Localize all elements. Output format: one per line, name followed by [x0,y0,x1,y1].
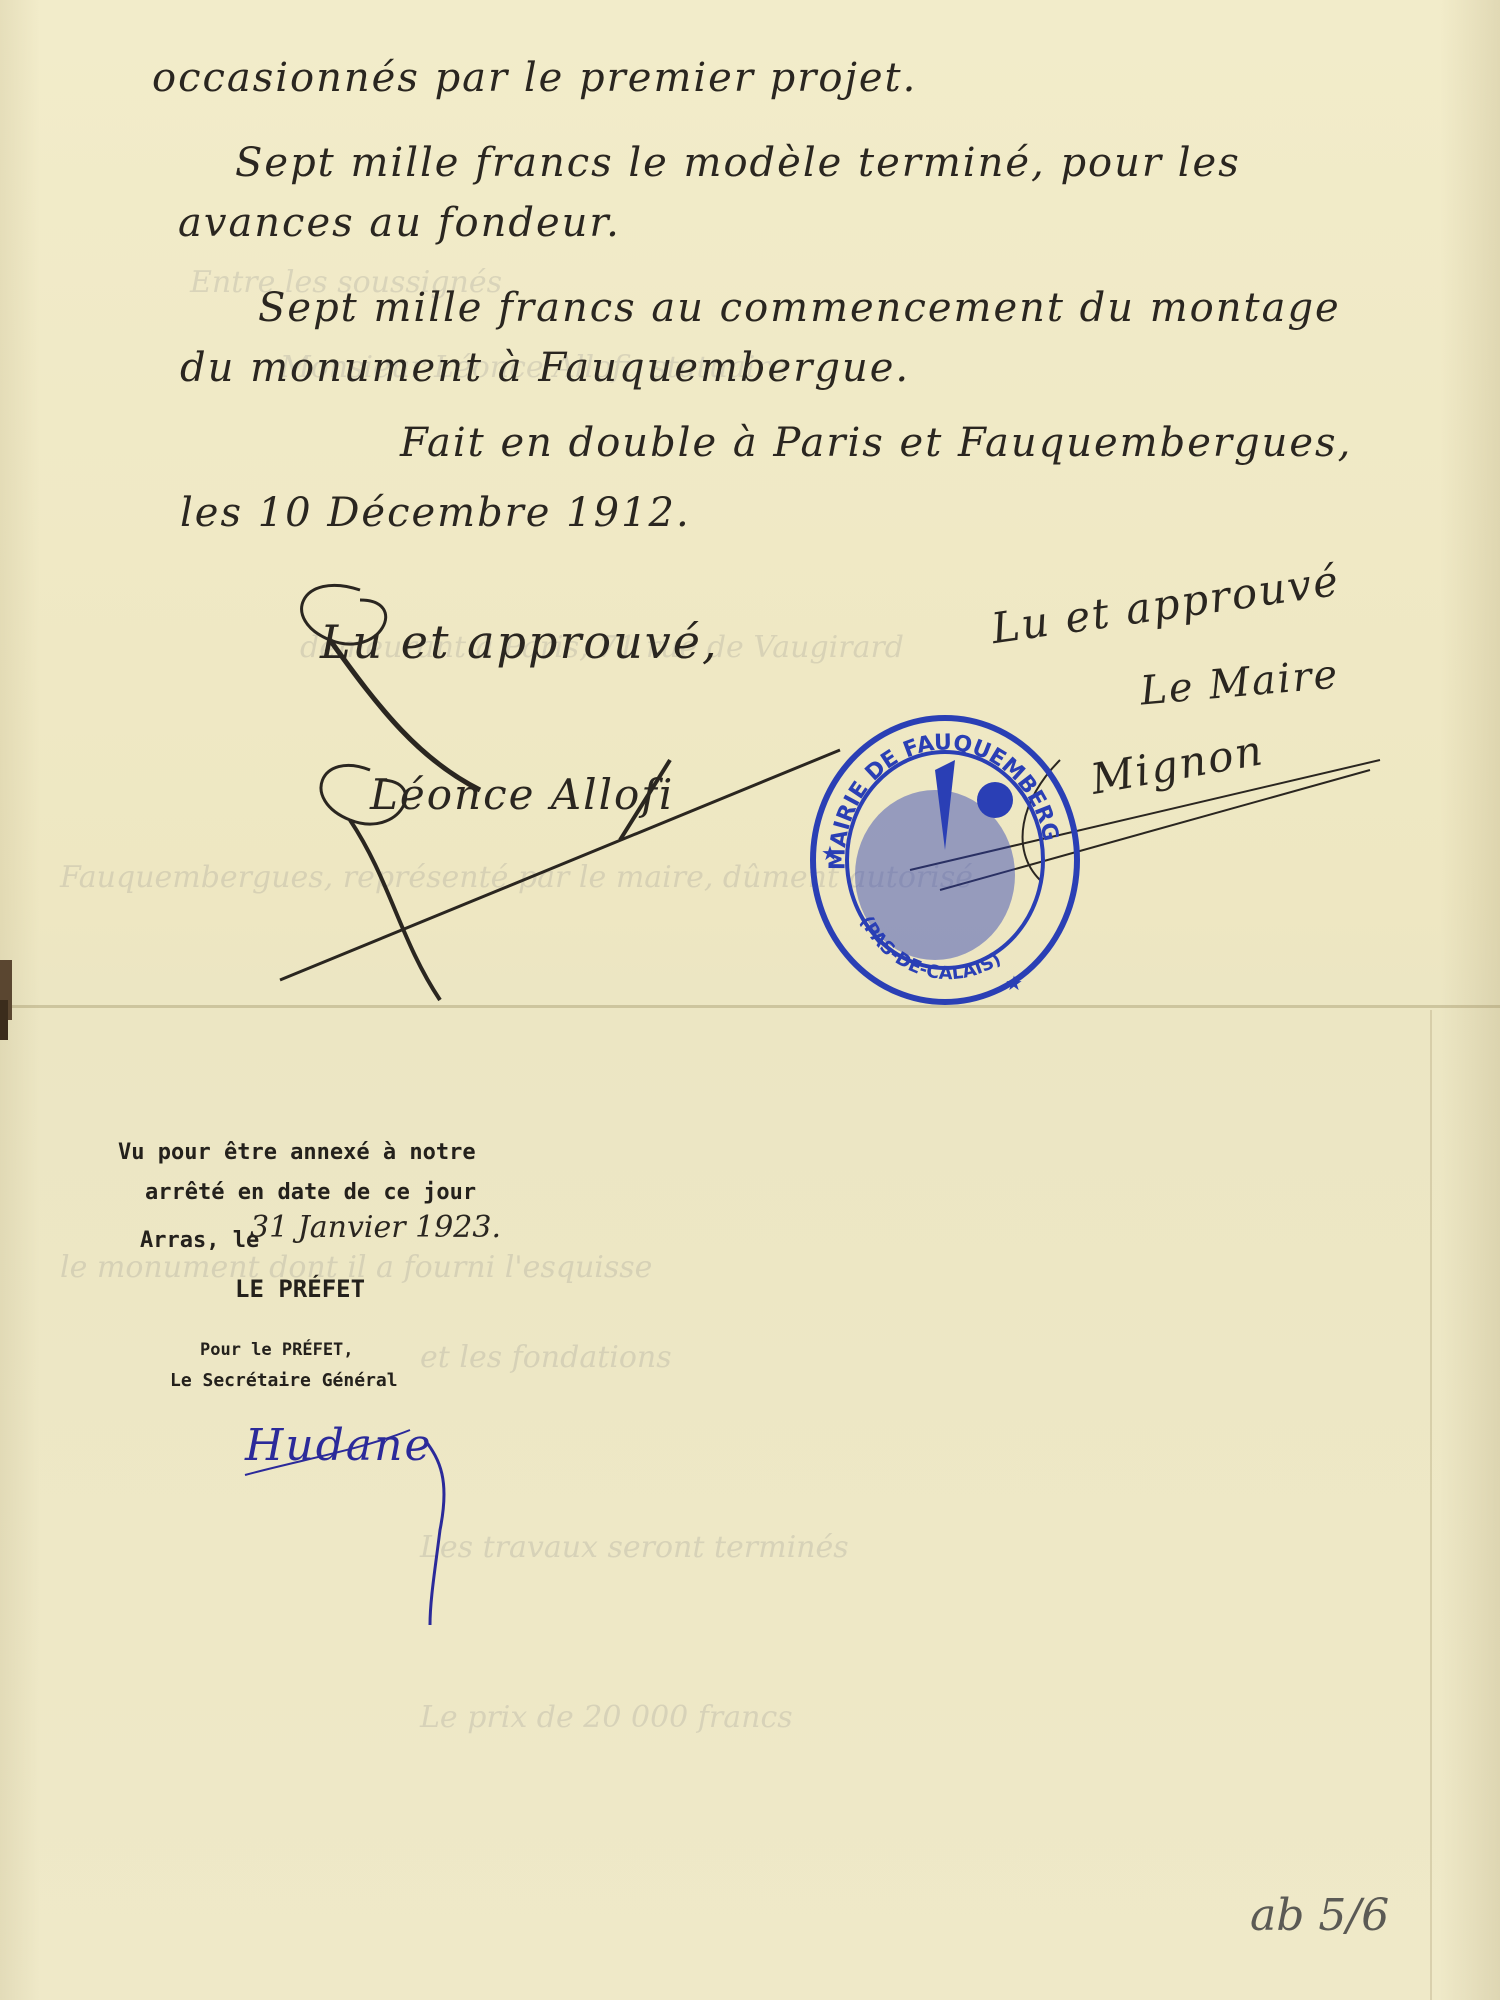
prefecture-stamp-line: Arras, le [140,1228,259,1253]
svg-text:★: ★ [821,841,839,865]
archive-mark: ab 5/6 [1250,1890,1389,1941]
text-line: Sept mille francs le modèle terminé, pou… [235,140,1241,186]
bleed-through-text: Les travaux seront terminés [420,1530,849,1565]
vertical-fold-line [1430,1010,1432,2000]
text-line: Fait en double à Paris et Fauquembergues… [400,420,1352,466]
torn-edge [0,1000,8,1040]
text-line: avances au fondeur. [178,200,621,246]
prefecture-stamp-line: arrêté en date de ce jour [145,1180,476,1205]
bleed-through-text: Le prix de 20 000 francs [420,1700,793,1735]
prefecture-stamp-line: Le Secrétaire Général [170,1370,398,1391]
svg-text:★: ★ [1005,971,1023,995]
mairie-seal: MAIRIE DE FAUQUEMBERGUES (PAS-DE-CALAIS)… [805,710,1085,1010]
text-line: occasionnés par le premier projet. [152,55,917,101]
date-line: les 10 Décembre 1912. [180,490,691,536]
prefecture-signature-stroke [240,1400,480,1630]
prefecture-stamp-line: Vu pour être annexé à notre [118,1140,476,1165]
text-line: du monument à Fauquembergue. [180,345,910,391]
prefecture-stamp-line: Pour le PRÉFET, [200,1340,354,1360]
left-signature-flourish [260,560,860,1010]
bleed-through-text: et les fondations [420,1340,672,1375]
prefecture-stamp-line: LE PRÉFET [235,1275,365,1303]
text-line: Sept mille francs au commencement du mon… [258,285,1341,331]
prefecture-stamp-date: 31 Janvier 1923. [250,1210,501,1245]
